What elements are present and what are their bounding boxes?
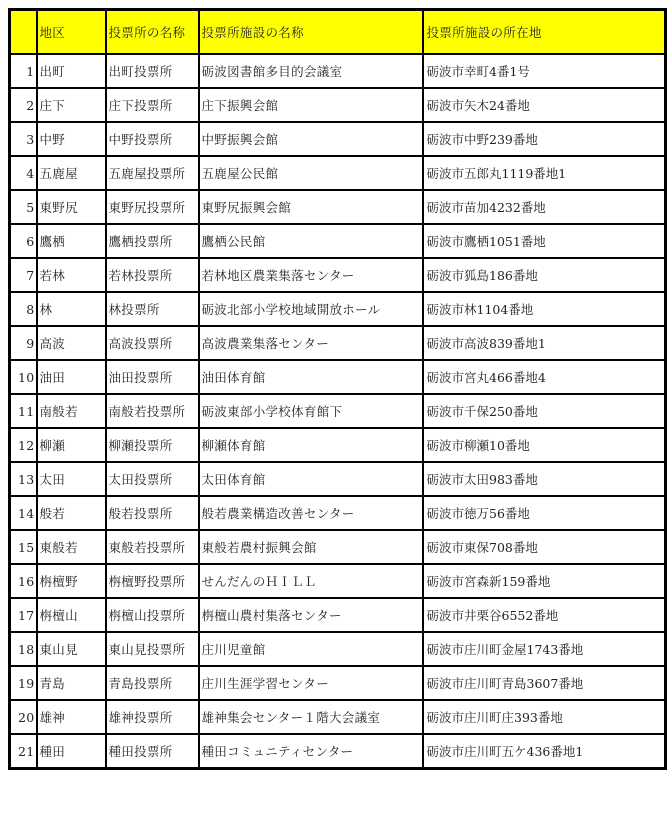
row-number: 3	[10, 122, 37, 156]
facility-name-cell: 砺波東部小学校体育館下	[199, 394, 423, 428]
facility-address-cell: 砺波市矢木24番地	[423, 88, 666, 122]
facility-address-cell: 砺波市中野239番地	[423, 122, 666, 156]
facility-name-cell: 高波農業集落センター	[199, 326, 423, 360]
district-cell: 東般若	[37, 530, 106, 564]
row-number: 5	[10, 190, 37, 224]
station-name-cell: 柳瀬投票所	[106, 428, 199, 462]
table-body: 1出町出町投票所砺波図書館多目的会議室砺波市幸町4番1号2庄下庄下投票所庄下振興…	[10, 54, 666, 769]
table-row: 3中野中野投票所中野振興会館砺波市中野239番地	[10, 122, 666, 156]
district-cell: 柳瀬	[37, 428, 106, 462]
facility-address-cell: 砺波市庄川町青島3607番地	[423, 666, 666, 700]
facility-address-cell: 砺波市高波839番地1	[423, 326, 666, 360]
row-number: 15	[10, 530, 37, 564]
facility-name-cell: 鷹栖公民館	[199, 224, 423, 258]
row-number: 1	[10, 54, 37, 88]
header-station-name: 投票所の名称	[106, 10, 199, 55]
facility-address-cell: 砺波市幸町4番1号	[423, 54, 666, 88]
facility-name-cell: 砺波北部小学校地域開放ホール	[199, 292, 423, 326]
facility-address-cell: 砺波市井栗谷6552番地	[423, 598, 666, 632]
facility-name-cell: 中野振興会館	[199, 122, 423, 156]
district-cell: 中野	[37, 122, 106, 156]
district-cell: 庄下	[37, 88, 106, 122]
station-name-cell: 五鹿屋投票所	[106, 156, 199, 190]
table-row: 8林林投票所砺波北部小学校地域開放ホール砺波市林1104番地	[10, 292, 666, 326]
facility-name-cell: せんだんのＨＩＬＬ	[199, 564, 423, 598]
district-cell: 栴檀野	[37, 564, 106, 598]
facility-name-cell: 太田体育館	[199, 462, 423, 496]
header-row: 地区 投票所の名称 投票所施設の名称 投票所施設の所在地	[10, 10, 666, 55]
district-cell: 雄神	[37, 700, 106, 734]
station-name-cell: 油田投票所	[106, 360, 199, 394]
station-name-cell: 南般若投票所	[106, 394, 199, 428]
district-cell: 東野尻	[37, 190, 106, 224]
facility-name-cell: 雄神集会センター１階大会議室	[199, 700, 423, 734]
district-cell: 太田	[37, 462, 106, 496]
district-cell: 東山見	[37, 632, 106, 666]
station-name-cell: 栴檀野投票所	[106, 564, 199, 598]
facility-address-cell: 砺波市苗加4232番地	[423, 190, 666, 224]
facility-address-cell: 砺波市林1104番地	[423, 292, 666, 326]
station-name-cell: 鷹栖投票所	[106, 224, 199, 258]
station-name-cell: 雄神投票所	[106, 700, 199, 734]
facility-address-cell: 砺波市庄川町五ケ436番地1	[423, 734, 666, 769]
district-cell: 般若	[37, 496, 106, 530]
facility-name-cell: 油田体育館	[199, 360, 423, 394]
facility-address-cell: 砺波市千保250番地	[423, 394, 666, 428]
facility-name-cell: 般若農業構造改善センター	[199, 496, 423, 530]
station-name-cell: 出町投票所	[106, 54, 199, 88]
table-row: 20雄神雄神投票所雄神集会センター１階大会議室砺波市庄川町庄393番地	[10, 700, 666, 734]
district-cell: 林	[37, 292, 106, 326]
facility-address-cell: 砺波市宮丸466番地4	[423, 360, 666, 394]
row-number: 12	[10, 428, 37, 462]
header-facility-address: 投票所施設の所在地	[423, 10, 666, 55]
facility-name-cell: 東野尻振興会館	[199, 190, 423, 224]
station-name-cell: 栴檀山投票所	[106, 598, 199, 632]
header-district: 地区	[37, 10, 106, 55]
district-cell: 高波	[37, 326, 106, 360]
facility-address-cell: 砺波市宮森新159番地	[423, 564, 666, 598]
table-row: 1出町出町投票所砺波図書館多目的会議室砺波市幸町4番1号	[10, 54, 666, 88]
facility-name-cell: 庄川児童館	[199, 632, 423, 666]
district-cell: 鷹栖	[37, 224, 106, 258]
district-cell: 青島	[37, 666, 106, 700]
table-row: 7若林若林投票所若林地区農業集落センター砺波市狐島186番地	[10, 258, 666, 292]
table-row: 2庄下庄下投票所庄下振興会館砺波市矢木24番地	[10, 88, 666, 122]
row-number: 7	[10, 258, 37, 292]
station-name-cell: 種田投票所	[106, 734, 199, 769]
table-row: 12柳瀬柳瀬投票所柳瀬体育館砺波市柳瀬10番地	[10, 428, 666, 462]
table-row: 5東野尻東野尻投票所東野尻振興会館砺波市苗加4232番地	[10, 190, 666, 224]
table-row: 10油田油田投票所油田体育館砺波市宮丸466番地4	[10, 360, 666, 394]
facility-name-cell: 砺波図書館多目的会議室	[199, 54, 423, 88]
row-number: 11	[10, 394, 37, 428]
row-number: 21	[10, 734, 37, 769]
facility-name-cell: 庄川生涯学習センター	[199, 666, 423, 700]
row-number: 10	[10, 360, 37, 394]
station-name-cell: 東野尻投票所	[106, 190, 199, 224]
table-row: 4五鹿屋五鹿屋投票所五鹿屋公民館砺波市五郎丸1119番地1	[10, 156, 666, 190]
facility-name-cell: 庄下振興会館	[199, 88, 423, 122]
header-no	[10, 10, 37, 55]
table-row: 11南般若南般若投票所砺波東部小学校体育館下砺波市千保250番地	[10, 394, 666, 428]
row-number: 19	[10, 666, 37, 700]
row-number: 13	[10, 462, 37, 496]
row-number: 9	[10, 326, 37, 360]
station-name-cell: 東山見投票所	[106, 632, 199, 666]
station-name-cell: 般若投票所	[106, 496, 199, 530]
row-number: 4	[10, 156, 37, 190]
facility-address-cell: 砺波市太田983番地	[423, 462, 666, 496]
facility-name-cell: 栴檀山農村集落センター	[199, 598, 423, 632]
row-number: 20	[10, 700, 37, 734]
district-cell: 栴檀山	[37, 598, 106, 632]
row-number: 17	[10, 598, 37, 632]
facility-address-cell: 砺波市狐島186番地	[423, 258, 666, 292]
table-row: 18東山見東山見投票所庄川児童館砺波市庄川町金屋1743番地	[10, 632, 666, 666]
station-name-cell: 林投票所	[106, 292, 199, 326]
district-cell: 南般若	[37, 394, 106, 428]
table-row: 19青島青島投票所庄川生涯学習センター砺波市庄川町青島3607番地	[10, 666, 666, 700]
district-cell: 油田	[37, 360, 106, 394]
station-name-cell: 太田投票所	[106, 462, 199, 496]
station-name-cell: 東般若投票所	[106, 530, 199, 564]
facility-address-cell: 砺波市東保708番地	[423, 530, 666, 564]
facility-address-cell: 砺波市徳万56番地	[423, 496, 666, 530]
facility-address-cell: 砺波市鷹栖1051番地	[423, 224, 666, 258]
facility-address-cell: 砺波市庄川町金屋1743番地	[423, 632, 666, 666]
row-number: 16	[10, 564, 37, 598]
row-number: 6	[10, 224, 37, 258]
table-header: 地区 投票所の名称 投票所施設の名称 投票所施設の所在地	[10, 10, 666, 55]
station-name-cell: 高波投票所	[106, 326, 199, 360]
row-number: 14	[10, 496, 37, 530]
facility-name-cell: 五鹿屋公民館	[199, 156, 423, 190]
row-number: 2	[10, 88, 37, 122]
table-row: 14般若般若投票所般若農業構造改善センター砺波市徳万56番地	[10, 496, 666, 530]
district-cell: 五鹿屋	[37, 156, 106, 190]
station-name-cell: 中野投票所	[106, 122, 199, 156]
polling-stations-table: 地区 投票所の名称 投票所施設の名称 投票所施設の所在地 1出町出町投票所砺波図…	[8, 8, 667, 770]
facility-name-cell: 柳瀬体育館	[199, 428, 423, 462]
station-name-cell: 青島投票所	[106, 666, 199, 700]
table-row: 15東般若東般若投票所東般若農村振興会館砺波市東保708番地	[10, 530, 666, 564]
facility-address-cell: 砺波市柳瀬10番地	[423, 428, 666, 462]
station-name-cell: 若林投票所	[106, 258, 199, 292]
district-cell: 種田	[37, 734, 106, 769]
table-row: 6鷹栖鷹栖投票所鷹栖公民館砺波市鷹栖1051番地	[10, 224, 666, 258]
table-row: 16栴檀野栴檀野投票所せんだんのＨＩＬＬ砺波市宮森新159番地	[10, 564, 666, 598]
row-number: 8	[10, 292, 37, 326]
station-name-cell: 庄下投票所	[106, 88, 199, 122]
table-row: 9高波高波投票所高波農業集落センター砺波市高波839番地1	[10, 326, 666, 360]
row-number: 18	[10, 632, 37, 666]
district-cell: 出町	[37, 54, 106, 88]
facility-name-cell: 種田コミュニティセンター	[199, 734, 423, 769]
facility-address-cell: 砺波市五郎丸1119番地1	[423, 156, 666, 190]
header-facility-name: 投票所施設の名称	[199, 10, 423, 55]
facility-name-cell: 東般若農村振興会館	[199, 530, 423, 564]
district-cell: 若林	[37, 258, 106, 292]
table-row: 21種田種田投票所種田コミュニティセンター砺波市庄川町五ケ436番地1	[10, 734, 666, 769]
table-row: 13太田太田投票所太田体育館砺波市太田983番地	[10, 462, 666, 496]
facility-address-cell: 砺波市庄川町庄393番地	[423, 700, 666, 734]
facility-name-cell: 若林地区農業集落センター	[199, 258, 423, 292]
table-row: 17栴檀山栴檀山投票所栴檀山農村集落センター砺波市井栗谷6552番地	[10, 598, 666, 632]
